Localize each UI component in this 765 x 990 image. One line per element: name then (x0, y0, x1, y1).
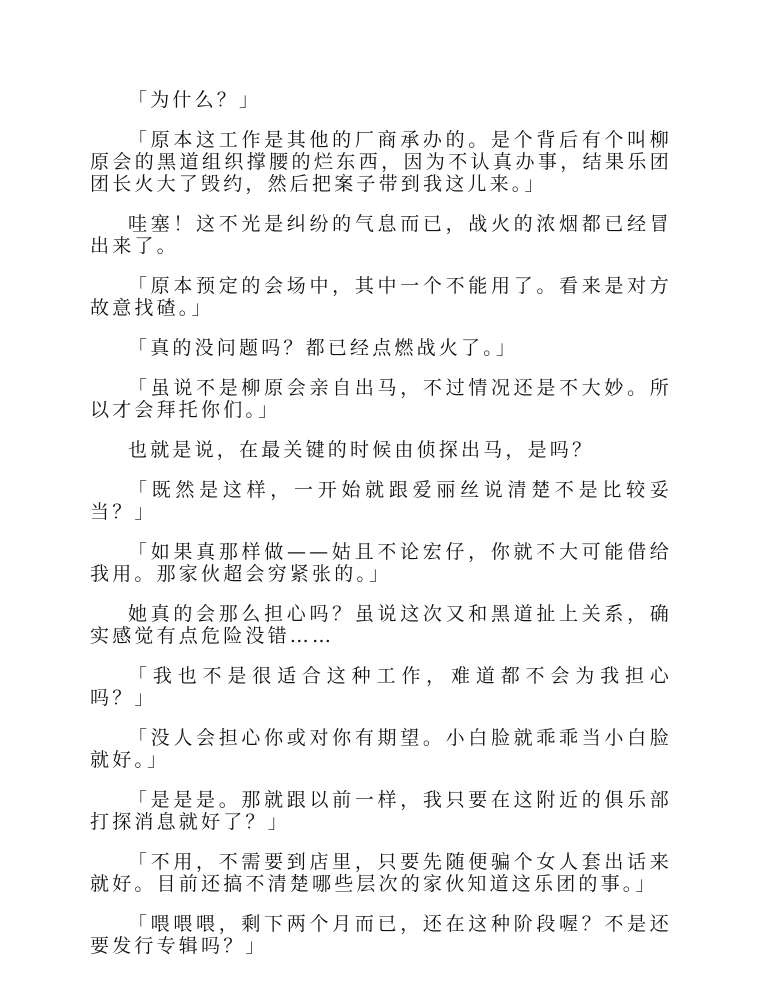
paragraph: 哇塞！这不光是纠纷的气息而已，战火的浓烟都已经冒出来了。 (90, 213, 672, 257)
paragraph: 「是是是。那就跟以前一样，我只要在这附近的俱乐部打探消息就好了？」 (90, 789, 672, 833)
paragraph: 「既然是这样，一开始就跟爱丽丝说清楚不是比较妥当？」 (90, 479, 672, 523)
paragraph: 「我也不是很适合这种工作，难道都不会为我担心吗？」 (90, 665, 672, 709)
paragraph: 「原本预定的会场中，其中一个不能用了。看来是对方故意找碴。」 (90, 275, 672, 319)
paragraph: 也就是说，在最关键的时候由侦探出马，是吗？ (90, 439, 672, 461)
paragraph: 「真的没问题吗？都已经点燃战火了。」 (90, 337, 672, 359)
paragraph: 她真的会那么担心吗？虽说这次又和黑道扯上关系，确实感觉有点危险没错…… (90, 603, 672, 647)
paragraph: 「为什么？」 (90, 89, 672, 111)
document-page: 「为什么？」 「原本这工作是其他的厂商承办的。是个背后有个叫柳原会的黑道组织撑腰… (90, 89, 672, 975)
paragraph: 「原本这工作是其他的厂商承办的。是个背后有个叫柳原会的黑道组织撑腰的烂东西，因为… (90, 129, 672, 195)
paragraph: 「如果真那样做——姑且不论宏仔，你就不大可能借给我用。那家伙超会穷紧张的。」 (90, 541, 672, 585)
paragraph: 「不用，不需要到店里，只要先随便骗个女人套出话来就好。目前还搞不清楚哪些层次的家… (90, 851, 672, 895)
paragraph: 「喂喂喂，剩下两个月而已，还在这种阶段喔？不是还要发行专辑吗？」 (90, 913, 672, 957)
paragraph: 「没人会担心你或对你有期望。小白脸就乖乖当小白脸就好。」 (90, 727, 672, 771)
paragraph: 「虽说不是柳原会亲自出马，不过情况还是不大妙。所以才会拜托你们。」 (90, 377, 672, 421)
